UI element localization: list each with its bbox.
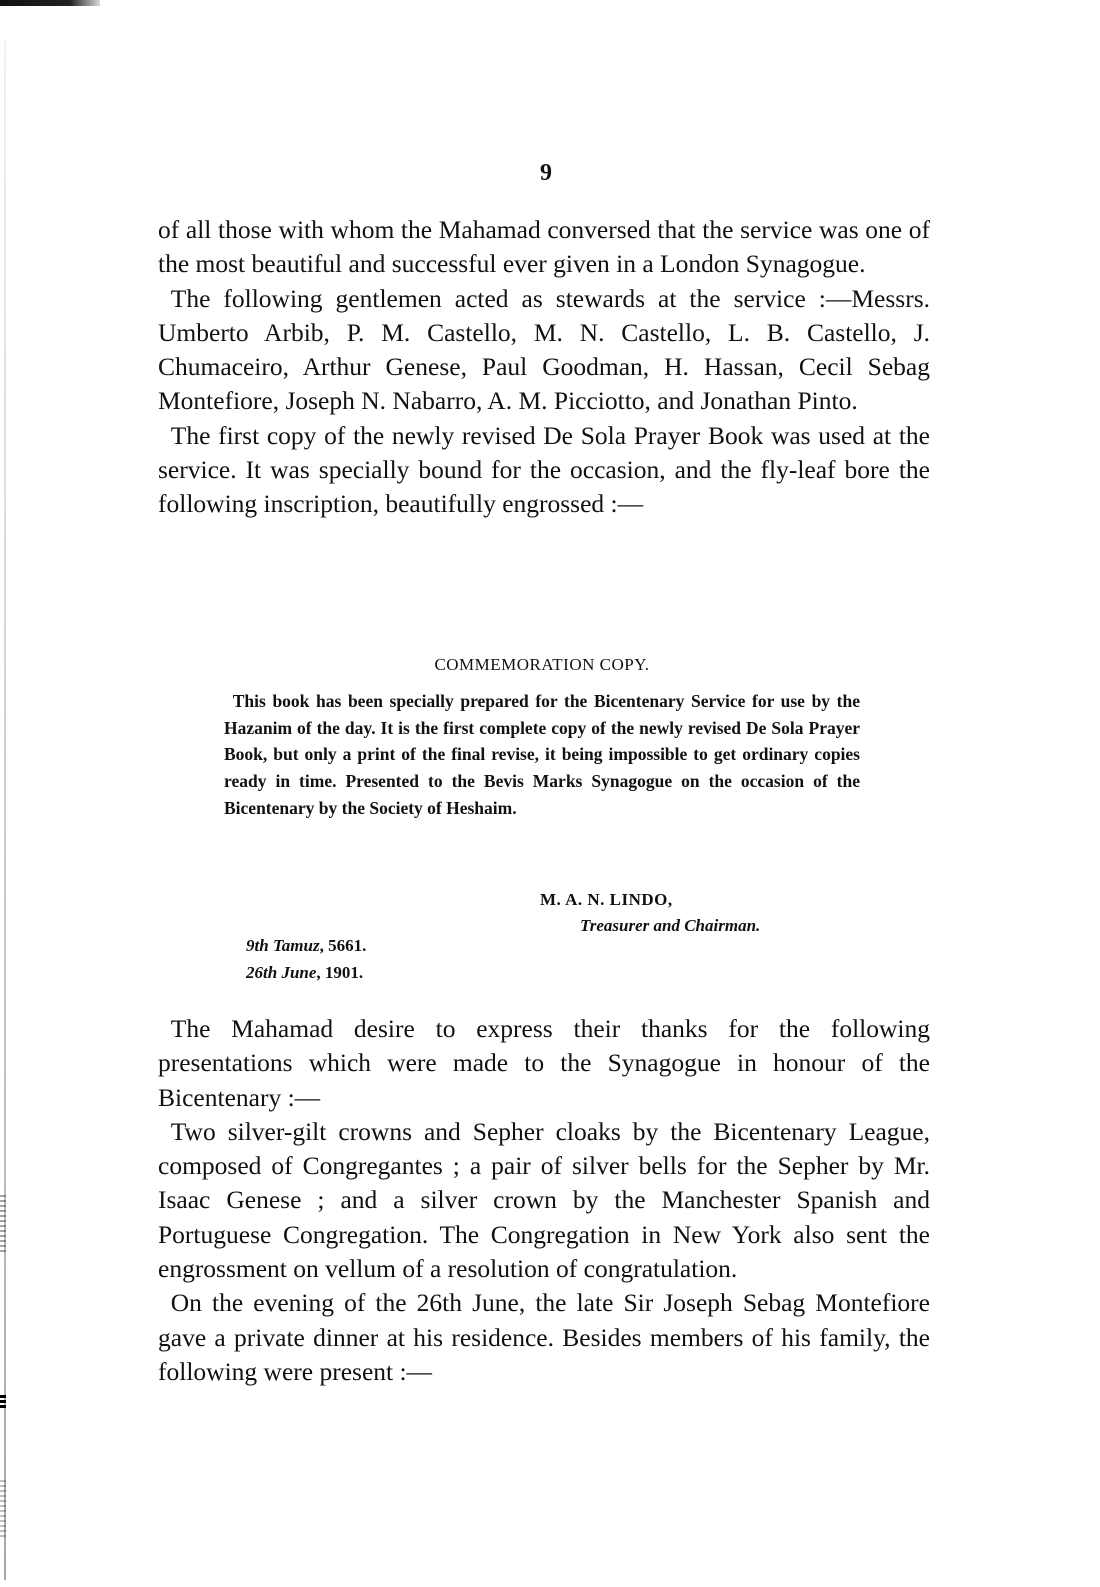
signature-title: Treasurer and Chairman. [580, 916, 760, 936]
date-hebrew: 9th Tamuz, 5661. [246, 936, 366, 956]
paragraph-stewards: The following gentlemen acted as steward… [158, 282, 930, 419]
date-civil-year: , 1901. [316, 963, 363, 982]
page-number: 9 [0, 160, 1092, 187]
date-civil-day: 26th [246, 963, 277, 982]
paragraph-presentations: Two silver-gilt crowns and Sepher cloaks… [158, 1115, 930, 1286]
inscription-block: COMMEMORATION COPY. This book has been s… [224, 655, 860, 822]
paragraph-dinner: On the evening of the 26th June, the lat… [158, 1286, 930, 1389]
scan-artifact-left-marks [0, 1480, 6, 1540]
signature-name: M. A. N. LINDO, [540, 890, 673, 910]
scan-artifact-left-marks [0, 1395, 6, 1409]
inscription-body: This book has been specially prepared fo… [224, 688, 860, 822]
inscription-title: COMMEMORATION COPY. [224, 655, 860, 675]
date-hebrew-year: , 5661. [320, 936, 367, 955]
scan-artifact-left-edge [4, 40, 6, 1580]
date-hebrew-month: Tamuz [273, 936, 320, 955]
date-hebrew-day: 9th [246, 936, 269, 955]
body-text-top: of all those with whom the Mahamad conve… [158, 213, 930, 522]
scan-artifact-top [0, 0, 100, 6]
date-civil-month: June [281, 963, 316, 982]
date-civil: 26th June, 1901. [246, 963, 363, 983]
scan-artifact-left-marks [0, 1195, 6, 1255]
body-text-bottom: The Mahamad desire to express their than… [158, 1012, 930, 1389]
paragraph-continuation: of all those with whom the Mahamad conve… [158, 213, 930, 282]
paragraph-prayer-book: The first copy of the newly revised De S… [158, 419, 930, 522]
paragraph-thanks: The Mahamad desire to express their than… [158, 1012, 930, 1115]
